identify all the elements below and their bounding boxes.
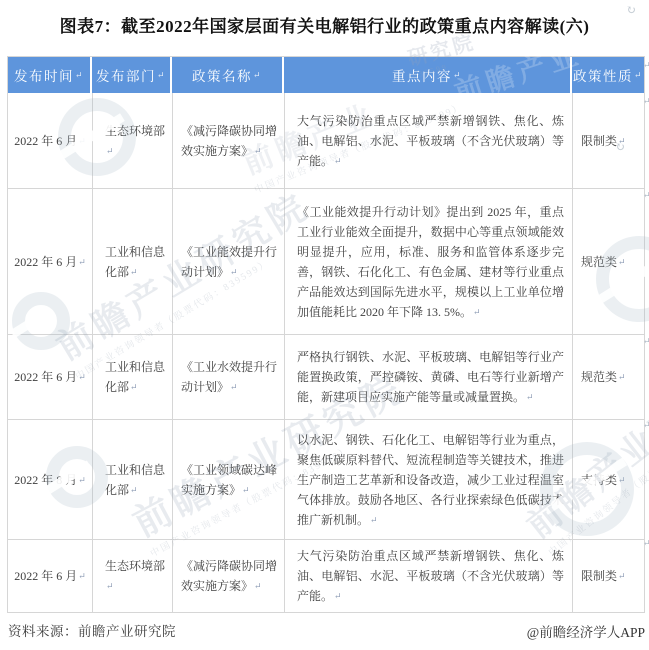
cell-policy-nature: 规范类↵ bbox=[572, 189, 644, 334]
cell-policy-name: 《工业能效提升行动计划》↵ bbox=[172, 189, 284, 334]
cell-policy-name: 《工业水效提升行动计划》↵ bbox=[172, 335, 284, 419]
cell-key-content: 严格执行钢铁、水泥、平板玻璃、电解铝等行业产能置换政策，严控磷铵、黄磷、电石等行… bbox=[284, 335, 572, 419]
paragraph-mark-icon: ↵ bbox=[130, 267, 138, 277]
paragraph-mark-icon: ↵ bbox=[78, 136, 86, 146]
table-row: 2022 年 6 月↵ 工业和信息化部↵ 《工业能效提升行动计划》↵ 《工业能效… bbox=[8, 188, 644, 334]
policy-table: 发布时间↵ 发布部门↵ 政策名称↵ 重点内容↵ 政策性质↵ 2022 年 6 月… bbox=[7, 56, 645, 613]
cell-publish-dept: 生态环境部↵ bbox=[92, 93, 172, 188]
cell-policy-name: 《减污降碳协同增效实施方案》↵ bbox=[172, 540, 284, 612]
paragraph-mark-icon: ↵ bbox=[643, 336, 649, 347]
cell-key-content: 大气污染防治重点区域严禁新增钢铁、焦化、炼油、电解铝、水泥、平板玻璃（不含光伏玻… bbox=[284, 540, 572, 612]
cell-publish-time: 2022 年 6 月↵ bbox=[8, 93, 92, 188]
cell-publish-time: 2022 年 6 月↵ bbox=[8, 540, 92, 612]
header-policy-name: 政策名称↵ bbox=[170, 57, 282, 93]
paragraph-mark-icon: ↵ bbox=[618, 475, 626, 485]
paragraph-mark-icon: ↵ bbox=[453, 70, 462, 81]
cell-publish-dept: 工业和信息化部↵ bbox=[92, 189, 172, 334]
credit-note: @前瞻经济学人APP bbox=[527, 621, 645, 641]
paragraph-mark-icon: ↵ bbox=[157, 70, 166, 81]
header-policy-nature: 政策性质↵ bbox=[570, 57, 644, 93]
paragraph-mark-icon: ↵ bbox=[473, 307, 481, 317]
logo-swirl-icon: ↻ bbox=[615, 140, 625, 155]
header-publish-dept: 发布部门↵ bbox=[90, 57, 170, 93]
cell-policy-name: 《工业领域碳达峰实施方案》↵ bbox=[172, 420, 284, 539]
paragraph-mark-icon: ↵ bbox=[526, 392, 534, 402]
cell-policy-nature: 限制类↵ bbox=[572, 540, 644, 612]
paragraph-mark-icon: ↵ bbox=[643, 538, 649, 549]
cell-key-content: 以水泥、钢铁、石化化工、电解铝等行业为重点，聚焦低碳原料替代、短流程制造等关键技… bbox=[284, 420, 572, 539]
paragraph-mark-icon: ↵ bbox=[634, 70, 643, 81]
paragraph-mark-icon: ↵ bbox=[242, 485, 250, 495]
paragraph-mark-icon: ↵ bbox=[75, 70, 84, 81]
cell-policy-nature: 规范类↵ bbox=[572, 335, 644, 419]
paragraph-mark-icon: ↵ bbox=[78, 372, 86, 382]
paragraph-mark-icon: ↵ bbox=[230, 267, 238, 277]
paragraph-mark-icon: ↵ bbox=[334, 591, 342, 601]
paragraph-mark-icon: ↵ bbox=[130, 485, 138, 495]
paragraph-mark-icon: ↵ bbox=[130, 382, 138, 392]
cell-key-content: 大气污染防治重点区域严禁新增钢铁、焦化、炼油、电解铝、水泥、平板玻璃（不含光伏玻… bbox=[284, 93, 572, 188]
paragraph-mark-icon: ↵ bbox=[230, 382, 238, 392]
cell-publish-dept: 生态环境部↵ bbox=[92, 540, 172, 612]
table-header-row: 发布时间↵ 发布部门↵ 政策名称↵ 重点内容↵ 政策性质↵ bbox=[8, 57, 644, 93]
paragraph-mark-icon: ↵ bbox=[618, 257, 626, 267]
paragraph-mark-icon: ↵ bbox=[334, 156, 342, 166]
cell-policy-name: 《减污降碳协同增效实施方案》↵ bbox=[172, 93, 284, 188]
cell-publish-dept: 工业和信息化部↵ bbox=[92, 420, 172, 539]
logo-swirl-icon: ↻ bbox=[626, 3, 636, 18]
paragraph-mark-icon: ↵ bbox=[78, 257, 86, 267]
paragraph-mark-icon: ↵ bbox=[254, 581, 262, 591]
paragraph-mark-icon: ↵ bbox=[618, 571, 626, 581]
header-publish-time: 发布时间↵ bbox=[8, 57, 90, 93]
table-row: 2022 年 8 月↵ 工业和信息化部↵ 《工业领域碳达峰实施方案》↵ 以水泥、… bbox=[8, 419, 644, 539]
cell-publish-time: 2022 年 6 月↵ bbox=[8, 335, 92, 419]
paragraph-mark-icon: ↵ bbox=[78, 571, 86, 581]
cell-publish-dept: 工业和信息化部↵ bbox=[92, 335, 172, 419]
paragraph-mark-icon: ↵ bbox=[370, 515, 378, 525]
paragraph-mark-icon: ↵ bbox=[78, 475, 86, 485]
table-row: 2022 年 6 月↵ 生态环境部↵ 《减污降碳协同增效实施方案》↵ 大气污染防… bbox=[8, 539, 644, 612]
header-key-content: 重点内容↵ bbox=[282, 57, 570, 93]
cell-policy-nature: 限制类↵ bbox=[572, 93, 644, 188]
table-body: 2022 年 6 月↵ 生态环境部↵ 《减污降碳协同增效实施方案》↵ 大气污染防… bbox=[8, 93, 644, 612]
table-row: 2022 年 6 月↵ 生态环境部↵ 《减污降碳协同增效实施方案》↵ 大气污染防… bbox=[8, 93, 644, 188]
paragraph-mark-icon: ↵ bbox=[106, 146, 114, 156]
paragraph-mark-icon: ↵ bbox=[643, 60, 649, 71]
cell-key-content: 《工业能效提升行动计划》提出到 2025 年，重点工业行业能效全面提升，数据中心… bbox=[284, 189, 572, 334]
cell-policy-nature: 支持类↵ bbox=[572, 420, 644, 539]
paragraph-mark-icon: ↵ bbox=[618, 372, 626, 382]
paragraph-mark-icon: ↵ bbox=[106, 581, 114, 591]
page-title: 图表7：截至2022年国家层面有关电解铝行业的政策重点内容解读(六) bbox=[0, 12, 649, 37]
paragraph-mark-icon: ↵ bbox=[643, 420, 649, 431]
cell-publish-time: 2022 年 8 月↵ bbox=[8, 420, 92, 539]
paragraph-mark-icon: ↵ bbox=[253, 70, 262, 81]
policy-table-figure: 图表7：截至2022年国家层面有关电解铝行业的政策重点内容解读(六) 发布时间↵… bbox=[0, 0, 649, 650]
table-row: 2022 年 6 月↵ 工业和信息化部↵ 《工业水效提升行动计划》↵ 严格执行钢… bbox=[8, 334, 644, 419]
cell-publish-time: 2022 年 6 月↵ bbox=[8, 189, 92, 334]
paragraph-mark-icon: ↵ bbox=[254, 146, 262, 156]
source-note: 资料来源：前瞻产业研究院 bbox=[8, 620, 176, 640]
paragraph-mark-icon: ↵ bbox=[643, 96, 649, 107]
paragraph-mark-icon: ↵ bbox=[643, 190, 649, 201]
